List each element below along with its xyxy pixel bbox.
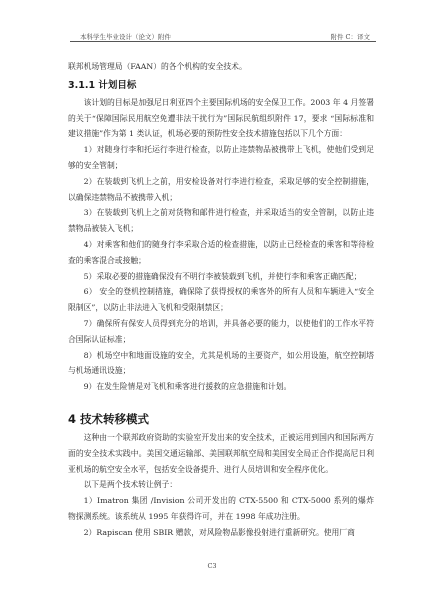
header-left: 本科学生毕业设计（论文）附件 xyxy=(80,32,171,41)
list-item: 1）Imatron 集团 /Invision 公司开发出的 CTX-5500 和… xyxy=(68,493,374,525)
list-item: 2）在装载到飞机上之前，用安检设备对行李进行检查，采取足够的安全控制措施，以确保… xyxy=(68,174,374,206)
section-3-1-1-title: 3.1.1 计划目标 xyxy=(68,79,374,93)
list-item: 9）在发生险情是对飞机和乘客进行援救的应急措施和计划。 xyxy=(68,379,374,395)
page-body: 联邦机场管理局（FAAN）的各个机构的安全技术。 3.1.1 计划目标 该计划的… xyxy=(68,59,374,541)
list-item: 3）在装载到飞机上之前对货物和邮件进行检查，并采取适当的安全管制，以防止违禁物品… xyxy=(68,205,374,237)
section-4-para-2: 以下是两个技术转让例子： xyxy=(68,477,374,493)
intro-line: 联邦机场管理局（FAAN）的各个机构的安全技术。 xyxy=(68,59,374,75)
list-item: 7）确保所有保安人员得到充分的培训，并具备必要的能力，以使他们的工作水平符合国际… xyxy=(68,316,374,348)
list-item: 2）Rapiscan 使用 SBIR 赠款，对风险物品影像投射进行重新研究。使用… xyxy=(68,525,374,541)
section-3-1-1-intro: 该计划的目标是加强尼日利亚四个主要国际机场的安全保卫工作。2003 年 4 月签… xyxy=(68,95,374,142)
header-right: 附件 C：译文 xyxy=(330,32,370,41)
list-item: 1）对随身行李和托运行李进行检查，以防止违禁物品被携带上飞机，使他们受到足够的安… xyxy=(68,142,374,174)
list-item: 4）对乘客和他们的随身行李采取合适的检查措施，以防止已经检查的乘客和等待检查的乘… xyxy=(68,237,374,269)
document-page: 本科学生毕业设计（论文）附件 附件 C：译文 联邦机场管理局（FAAN）的各个机… xyxy=(0,0,424,600)
list-item: 6） 安全的登机控制措施，确保除了获得授权的乘客外的所有人员和车辆进入“安全限制… xyxy=(68,284,374,316)
page-header: 本科学生毕业设计（论文）附件 附件 C：译文 xyxy=(70,30,376,42)
list-item: 8）机场空中和地面设施的安全，尤其是机场的主要资产，如公用设施，航空控制塔与机场… xyxy=(68,348,374,380)
section-4-para-1: 这种由一个联邦政府资助的实验室开发出来的安全技术，正被运用到国内和国际两方面的安… xyxy=(68,430,374,477)
page-number: C3 xyxy=(0,562,424,570)
section-4-title: 4 技术转移模式 xyxy=(68,411,374,427)
list-item: 5）采取必要的措施确保没有不明行李被装载到飞机，并使行李和乘客正确匹配； xyxy=(68,269,374,285)
